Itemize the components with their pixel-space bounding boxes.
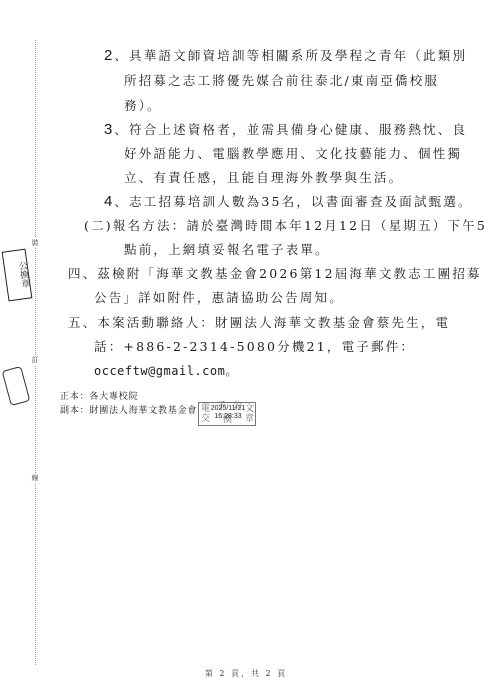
text: 、志工招募培訓人數為35名，以書面審查及面試甄選。	[114, 194, 472, 209]
item-2-line-1: 2、具華語文師資培訓等相關系所及學程之青年（此類別	[104, 48, 467, 64]
electronic-exchange-stamp: 電 子 公 文 交 換 章 2025/11/21 16:28:33	[198, 402, 256, 426]
item-2-line-3: 務）。	[124, 98, 162, 114]
text: 、符合上述資格者，並需具備身心健康、服務熱忱、良	[114, 122, 467, 137]
item-number: 4	[104, 193, 112, 210]
item-4-line-1: 4、志工招募培訓人數為35名，以書面審查及面試甄選。	[104, 194, 473, 210]
original-recipients: 正本：各大專校院	[60, 391, 138, 403]
received-stamp-text: 公換章	[16, 260, 30, 288]
item-2-line-2: 所招募之志工將優先媒合前往泰北/東南亞僑校服	[124, 73, 439, 89]
copy-recipients: 副本：財團法人海華文教基金會	[60, 405, 197, 417]
page-number: 第 2 頁，共 2 頁	[0, 668, 492, 679]
margin-label-line: 線	[29, 473, 41, 483]
binding-line	[35, 40, 36, 665]
contact-line-1: 五、本案活動聯絡人：財團法人海華文教基金會蔡先生，電	[68, 315, 450, 331]
contact-line-2: 話：+886-2-2314-5080分機21，電子郵件：	[94, 339, 415, 355]
attachment-notice-line-1: 四、茲檢附「海華文教基金會2026第12屆海華文教志工團招募	[68, 266, 482, 282]
margin-label-bind: 裝	[29, 238, 41, 248]
item-number: 3	[104, 121, 112, 138]
received-stamp-bottom	[2, 366, 31, 406]
item-3-line-3: 立、有責任感，且能自理海外教學與生活。	[124, 170, 403, 186]
item-number: 2	[104, 47, 112, 64]
item-3-line-2: 好外語能力、電腦教學應用、文化技藝能力、個性獨	[124, 146, 462, 162]
registration-method-line-2: 點前，上網填妥報名電子表單。	[124, 242, 330, 258]
stamp-time: 16:28:33	[208, 413, 248, 421]
margin-label-staple: 訂	[29, 355, 41, 365]
text: 、具華語文師資培訓等相關系所及學程之青年（此類別	[114, 48, 467, 63]
item-3-line-1: 3、符合上述資格者，並需具備身心健康、服務熱忱、良	[104, 122, 467, 138]
stamp-datetime: 2025/11/21 16:28:33	[208, 405, 248, 421]
stamp-date: 2025/11/21	[208, 405, 248, 413]
registration-method-line-1: (二)報名方法：請於臺灣時間本年12月12日（星期五）下午5	[84, 218, 487, 234]
contact-email: occeftw@gmail.com。	[94, 363, 238, 379]
received-stamp-top: 公換章	[2, 249, 33, 302]
attachment-notice-line-2: 公告」詳如附件，惠請協助公告周知。	[94, 290, 344, 306]
